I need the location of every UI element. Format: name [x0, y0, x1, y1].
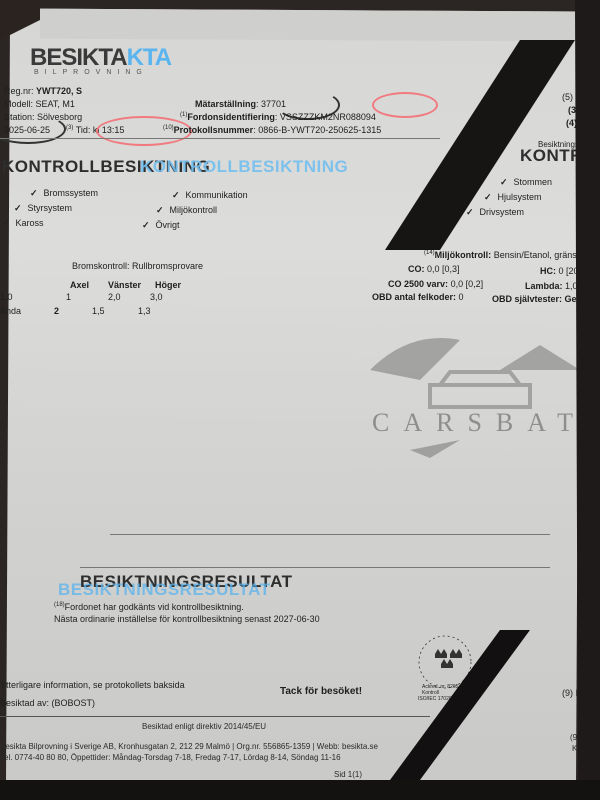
section-title-right: KONTROLLBESIKTNING — [520, 146, 600, 166]
more-info-text: Ytterligare information, se protokollets… — [0, 680, 185, 690]
obd-self-value: Genom — [565, 294, 596, 304]
inspected-by-text: Besiktad av: (BOBOST) — [0, 698, 95, 708]
protocol-value: 0866-B-YWT720-250625-1315 — [258, 125, 381, 135]
emissions-fuel: Bensin/Etanol, gränsvärde — [494, 250, 600, 260]
hc-label: HC: — [540, 266, 556, 276]
brake-row-1-right: 3,0 — [150, 292, 163, 302]
co-row: CO: 0,0 [0,3] — [408, 264, 460, 274]
checkmark-icon: ✓ — [172, 190, 180, 200]
hc-row: HC: 0 [200] — [540, 266, 586, 276]
checkmark-icon: ✓ — [14, 203, 22, 213]
check-item-drivetrain: ✓Drivsystem — [466, 207, 524, 218]
check-item-wheels: ✓Hjulsystem — [484, 192, 542, 203]
brake-row-2-axle: 2 — [54, 306, 59, 316]
vin-label: Fordonsidentifiering — [187, 112, 275, 122]
footer-company: Besikta Bilprovning i Sverige AB, Kronhu… — [0, 742, 378, 751]
brake-row-1-axle: 1 — [66, 292, 71, 302]
obd-faults-row: OBD antal felkoder: 0 — [372, 292, 464, 302]
result-line1: Fordonet har godkänts vid kontrollbesikt… — [65, 602, 244, 612]
mileage-label: Mätarställning — [195, 99, 256, 109]
besikta-logo: BESIKTAKTA — [30, 44, 171, 72]
check-label: Kaross — [16, 218, 44, 228]
thanks-text: Tack för besöket! — [280, 686, 362, 697]
vin-value: VSSZZZKM2NR088094 — [280, 112, 376, 122]
check-label: Styrsystem — [28, 203, 73, 213]
reg-label: Reg.nr — [4, 86, 31, 96]
carsbat-watermark-text: CARSBAT — [372, 408, 587, 438]
paper-back-layer — [40, 9, 588, 42]
brake-test-title: Bromskontroll: Rullbromsprovare — [72, 261, 203, 271]
protocol-number-row: (10)Protokollsnummer: 0866-B-YWT720-2506… — [163, 125, 381, 135]
hc-value: 0 [200] — [559, 266, 587, 276]
header-divider — [0, 138, 440, 139]
page-number: Sid 1(1) — [334, 770, 362, 779]
co2500-label: CO 2500 varv: — [388, 279, 448, 289]
logo-subtitle: BILPROVNING — [34, 69, 148, 76]
highlight-circle-top — [372, 92, 438, 118]
check-label: Kommunikation — [186, 190, 248, 200]
model-row: Modell: SEAT, M1 — [4, 99, 75, 109]
check-label: Bromssystem — [44, 188, 99, 198]
check-item-communication: ✓Kommunikation — [172, 190, 248, 201]
section-title-kontroll-ghost: KONTROLLBESIKTNING — [140, 157, 348, 177]
emissions-title-row: (14)Miljökontroll: Bensin/Etanol, gränsv… — [424, 250, 599, 260]
lambda-value: 1,01 [0,9 — [565, 281, 600, 291]
check-item-body: ✓Kaross — [2, 218, 44, 229]
check-item-steering: ✓Styrsystem — [14, 203, 72, 214]
logo-text: BESIKTA — [30, 44, 127, 71]
right-label-5: (5) — [562, 92, 573, 102]
carsbat-watermark-logo — [350, 330, 600, 470]
brake-row-2-left: 1,5 — [92, 306, 105, 316]
kontroll-ghost-text: KONTROLLBESIKTNING — [140, 157, 348, 176]
checkmark-icon: ✓ — [484, 192, 492, 202]
checkmark-icon: ✓ — [466, 207, 474, 217]
checkmark-icon: ✓ — [2, 218, 10, 228]
check-label: Övrigt — [156, 220, 180, 230]
result-title-ghost: BESIKTNINGSRESULTAT — [58, 580, 271, 600]
model-label: Modell — [4, 99, 31, 109]
check-item-frame: ✓Stommen — [500, 177, 552, 188]
lambda-row: Lambda: 1,01 [0,9 — [525, 281, 600, 291]
footer-directive: Besiktad enligt direktiv 2014/45/EU — [142, 722, 266, 731]
right-note-1: Ytter — [583, 667, 600, 677]
reg-value: YWT720, S — [36, 86, 82, 96]
time-label: Tid — [76, 125, 88, 135]
mileage-row: Mätarställning: 37701 — [195, 99, 286, 109]
footer-right-note-1: (9) Besikt — [570, 733, 600, 742]
section-divider — [110, 534, 550, 535]
lambda-label: Lambda: — [525, 281, 563, 291]
check-label: Miljökontroll — [170, 205, 218, 215]
footer-right-note-2: Kundt — [572, 744, 593, 753]
result-line-next-date: Nästa ordinarie inställelse för kontroll… — [54, 614, 320, 624]
co2500-value: 0,0 [0,2] — [451, 279, 484, 289]
vin-row: (1)Fordonsidentifiering: VSSZZZKM2NR0880… — [180, 112, 376, 122]
result-line-approved: (18)Fordonet har godkänts vid kontrollbe… — [54, 602, 244, 612]
result-ghost-text: BESIKTNINGSRESULTAT — [58, 580, 271, 599]
protocol-label: Protokollsnummer — [174, 125, 254, 135]
reg-number-row: Reg.nr: YWT720, S — [4, 86, 82, 96]
stamp-line-3: ISO/IEC 17020 — [418, 696, 452, 702]
brake-col-axle: Axel — [70, 280, 89, 290]
obd-self-row: OBD självtester: Genom — [492, 294, 596, 304]
checkmark-icon: ✓ — [156, 205, 164, 215]
footer-divider — [0, 716, 430, 717]
co2500-row: CO 2500 varv: 0,0 [0,2] — [388, 279, 483, 289]
obd-faults-label: OBD antal felkoder: — [372, 292, 456, 302]
checkmark-icon: ✓ — [500, 177, 508, 187]
brake-row-2-label: Ända — [0, 306, 21, 316]
brake-col-left: Vänster — [108, 280, 141, 290]
check-label: Hjulsystem — [498, 192, 542, 202]
time-num: (3) — [66, 125, 73, 131]
obd-faults-value: 0 — [459, 292, 464, 302]
check-item-other: ✓Övrigt — [142, 220, 180, 231]
check-label: Drivsystem — [480, 207, 525, 217]
brake-row-1-left: 2,0 — [108, 292, 121, 302]
checkmark-icon: ✓ — [30, 188, 38, 198]
co-value: 0,0 [0,3] — [427, 264, 460, 274]
right-label-date: (4) Datum — [566, 118, 600, 128]
protocol-num: (10) — [163, 125, 174, 131]
emissions-title: Miljökontroll: — [435, 250, 492, 260]
emissions-num: (14) — [424, 250, 435, 256]
check-item-brakes: ✓Bromssystem — [30, 188, 98, 199]
check-item-emissions: ✓Miljökontroll — [156, 205, 217, 216]
check-label: Stommen — [514, 177, 553, 187]
brake-row-1-label: 1.0 — [0, 292, 13, 302]
co-label: CO: — [408, 264, 425, 274]
model-value: SEAT, M1 — [36, 99, 75, 109]
right-label-station: (3) Stat — [568, 105, 599, 115]
obd-self-label: OBD självtester: — [492, 294, 562, 304]
brake-row-2-right: 1,3 — [138, 306, 151, 316]
logo-ghost-text: KTA — [127, 44, 172, 71]
checkmark-icon: ✓ — [142, 220, 150, 230]
brake-col-right: Höger — [155, 280, 181, 290]
footer-hours: Tel. 0774-40 80 80, Öppettider: Måndag-T… — [0, 753, 341, 762]
result-top-divider — [80, 567, 550, 568]
result-num: (18) — [54, 602, 65, 608]
right-note-2: (9) Besiktn — [562, 688, 600, 698]
